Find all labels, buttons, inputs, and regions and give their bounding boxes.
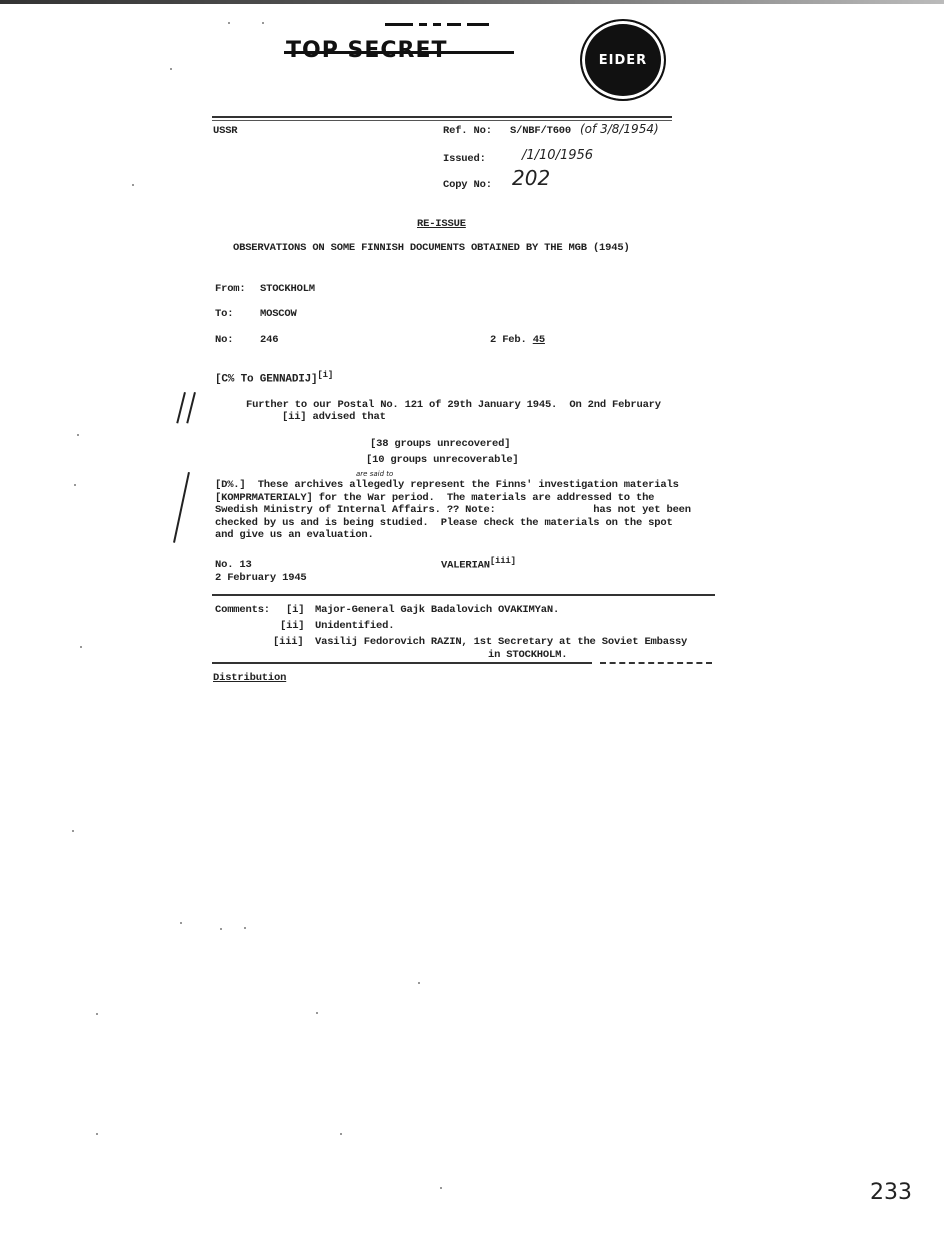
no-label: No:: [215, 334, 233, 346]
sign-number: No. 13: [215, 559, 252, 571]
handwritten-annotation: are said to: [356, 470, 393, 478]
comments-rule: [212, 594, 715, 596]
signatory-ref: [iii]: [490, 556, 516, 566]
comments-label: Comments:: [215, 604, 270, 616]
to-value: MOSCOW: [260, 308, 297, 320]
strike-through-line: [284, 51, 514, 54]
comment-text: Vasilij Fedorovich RAZIN, 1st Secretary …: [315, 636, 687, 648]
margin-mark: [186, 392, 196, 424]
scan-speck: [96, 1133, 98, 1135]
copy-label: Copy No:: [443, 179, 492, 191]
comments-end-rule-dashed: [600, 662, 712, 664]
para1-line1: Further to our Postal No. 121 of 29th Ja…: [246, 399, 661, 411]
ref-label: Ref. No:: [443, 125, 492, 137]
ref-value: S/NBF/T600: [510, 125, 571, 137]
comment-text: Unidentified.: [315, 620, 394, 632]
scan-speck: [180, 922, 182, 924]
para2-line: Swedish Ministry of Internal Affairs. ??…: [215, 504, 691, 517]
para1-ref: [ii]: [282, 411, 306, 423]
struck-codeword: [385, 16, 497, 24]
scan-edge: [0, 0, 944, 4]
scan-speck: [220, 928, 222, 930]
scan-speck: [316, 1012, 318, 1014]
header-rule-thin: [212, 120, 672, 121]
gap-unrecovered: [38 groups unrecovered]: [370, 438, 510, 450]
date-year: 45: [533, 334, 545, 346]
page-number: 233: [870, 1180, 912, 1205]
from-value: STOCKHOLM: [260, 283, 315, 295]
scan-speck: [77, 434, 79, 436]
copy-value: 202: [512, 166, 550, 190]
addressee-ref: [i]: [317, 370, 333, 380]
para1-line2-text: advised that: [313, 411, 386, 423]
scan-speck: [74, 484, 76, 486]
addressee-text: [C% To GENNADIJ]: [215, 374, 317, 386]
issued-label: Issued:: [443, 153, 486, 165]
date-prefix: 2 Feb.: [490, 334, 527, 346]
header-rule: [212, 116, 672, 118]
para2: [D%.] These archives allegedly represent…: [215, 479, 691, 542]
para2-line: [D%.] These archives allegedly represent…: [215, 479, 691, 492]
signatory-name: VALERIAN: [441, 560, 490, 572]
scan-speck: [72, 830, 74, 832]
seal-label: EIDER: [582, 53, 664, 68]
scan-speck: [262, 22, 264, 24]
eider-seal-stamp: EIDER: [580, 19, 666, 101]
scan-speck: [418, 982, 420, 984]
para2-line: checked by us and is being studied. Plea…: [215, 517, 691, 530]
sign-date: 2 February 1945: [215, 572, 307, 584]
para2-line: and give us an evaluation.: [215, 529, 691, 542]
scan-speck: [170, 68, 172, 70]
comment-ref: [iii]: [273, 636, 304, 648]
from-label: From:: [215, 283, 246, 295]
scan-speck: [244, 927, 246, 929]
scan-speck: [96, 1013, 98, 1015]
no-value: 246: [260, 334, 278, 346]
to-label: To:: [215, 308, 233, 320]
ref-note: (of 3/8/1954): [580, 122, 659, 136]
scan-speck: [228, 22, 230, 24]
distribution-label: Distribution: [213, 672, 286, 684]
issued-value: /1/10/1956: [522, 148, 593, 163]
scan-speck: [340, 1133, 342, 1135]
comment-ref: [i]: [286, 604, 304, 616]
country-label: USSR: [213, 125, 237, 137]
comments-end-rule: [212, 662, 592, 664]
margin-mark: [176, 392, 186, 424]
signatory: VALERIAN[iii]: [441, 556, 516, 572]
para1-line2: [ii] advised that: [282, 411, 386, 423]
scan-speck: [132, 184, 134, 186]
comment-text-continuation: in STOCKHOLM.: [488, 649, 567, 661]
margin-mark: [173, 472, 190, 543]
gap-unrecoverable: [10 groups unrecoverable]: [366, 454, 519, 466]
scan-speck: [80, 646, 82, 648]
subject-title: OBSERVATIONS ON SOME FINNISH DOCUMENTS O…: [233, 242, 630, 254]
reissue-heading: RE-ISSUE: [417, 218, 466, 230]
addressee: [C% To GENNADIJ][i]: [215, 370, 333, 386]
para2-line: [KOMPRMATERIALY] for the War period. The…: [215, 492, 691, 505]
comment-text: Major-General Gajk Badalovich OVAKIMYaN.: [315, 604, 559, 616]
comment-ref: [ii]: [280, 620, 304, 632]
scan-speck: [440, 1187, 442, 1189]
message-date: 2 Feb. 45: [490, 334, 545, 346]
